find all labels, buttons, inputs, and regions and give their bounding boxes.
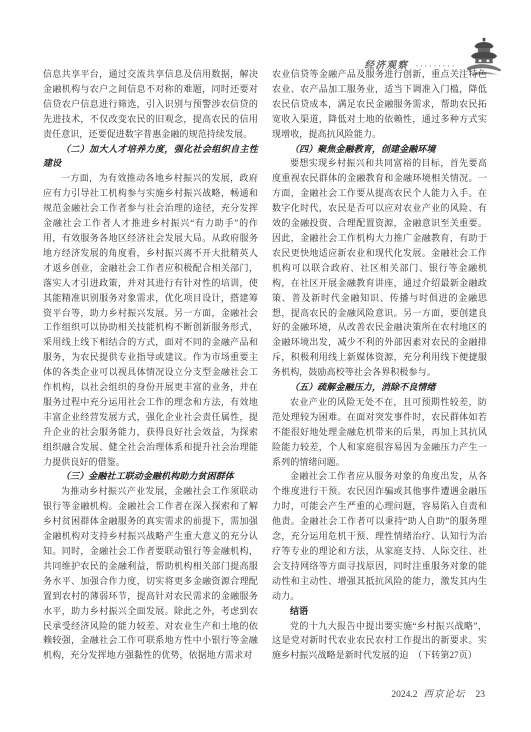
left-column: 信息共享平台，通过交流共享信息及信用数据，解决金融机构与农户之间信息不对称的难题… <box>43 67 258 663</box>
paragraph: 党的十九大报告中提出要实施“乡村振兴战略”，这是党对新时代农业农民农村工作提出的… <box>272 619 487 664</box>
paragraph: 信息共享平台，通过交流共享信息及信用数据，解决金融机构与农户之间信息不对称的难题… <box>43 67 258 142</box>
conclusion-heading: 结语 <box>272 604 487 619</box>
paragraph: 要想实现乡村振兴和共同富裕的目标，首先要高度重视农民群体的金融教育和金融环境相关… <box>272 156 487 380</box>
section-heading-3: （三）金融社工联动金融机构助力贫困群体 <box>43 469 258 484</box>
paragraph: 农业产业的风险无处不在，且可预期性较差，防范处理较为困难。在面对突发事件时，农民… <box>272 395 487 470</box>
journal-page: 经济观察 ········· 信息共享平台，通过交流共享信息及信用数据，解 <box>0 0 531 732</box>
footer-page-number: 23 <box>476 690 486 700</box>
section-heading-5: （五）疏解金融压力，消除不良情绪 <box>272 380 487 395</box>
paragraph: 金融社会工作者应从服务对象的角度出发，从各个维度进行干预。农民因诈骗或其他事件遭… <box>272 469 487 603</box>
page-footer: 2024.2 西京论坛 23 <box>391 686 485 700</box>
paragraph: 为推动乡村振兴产业发展，金融社会工作须联动银行等金融机构。金融社会工作者在深入探… <box>43 484 258 663</box>
footer-journal-name: 西京论坛 <box>423 686 465 700</box>
paragraph: 一方面，为有效推动各地乡村振兴的发展，政府应有力引导社工机构参与实施乡村振兴战略… <box>43 171 258 469</box>
section-heading-2: （二）加大人才培养力度，强化社会组织自主性建设 <box>43 142 258 172</box>
paragraph: 农业信贷等金融产品及服务进行创新，重点关注特色农业、农产品加工服务业，适当下调准… <box>272 67 487 142</box>
right-column: 农业信贷等金融产品及服务进行创新，重点关注特色农业、农产品加工服务业，适当下调准… <box>272 67 487 663</box>
footer-issue: 2024.2 <box>391 690 417 700</box>
section-heading-4: （四）聚焦金融教育，创建金融环境 <box>272 142 487 157</box>
two-column-body: 信息共享平台，通过交流共享信息及信用数据，解决金融机构与农户之间信息不对称的难题… <box>43 67 488 663</box>
